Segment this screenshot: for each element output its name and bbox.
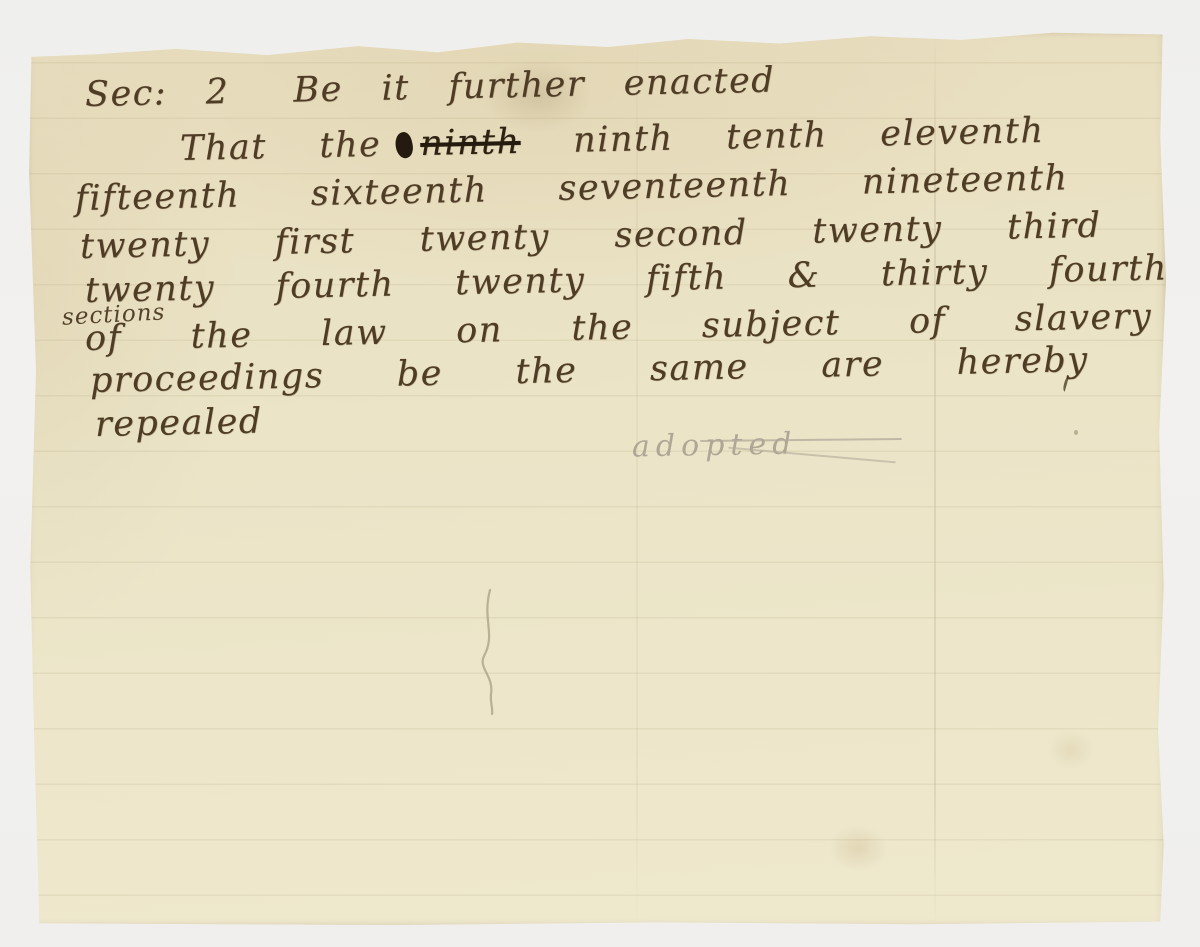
vertical-crease	[636, 30, 638, 926]
crease-mark	[448, 582, 528, 732]
adopted-annotation: adopted	[632, 427, 798, 465]
line-text: repealed	[95, 401, 264, 445]
ink-blot	[393, 131, 415, 160]
scan-background: Sec: 2 Be it further enacted That thenin…	[0, 0, 1200, 947]
paper-speck	[1074, 430, 1078, 435]
manuscript-page: Sec: 2 Be it further enacted That thenin…	[28, 30, 1166, 926]
section-number: Sec: 2	[85, 73, 230, 115]
strikethrough-word: ninth	[420, 122, 521, 164]
manuscript-line: repealed	[95, 402, 264, 444]
line-text: That the	[180, 125, 382, 169]
